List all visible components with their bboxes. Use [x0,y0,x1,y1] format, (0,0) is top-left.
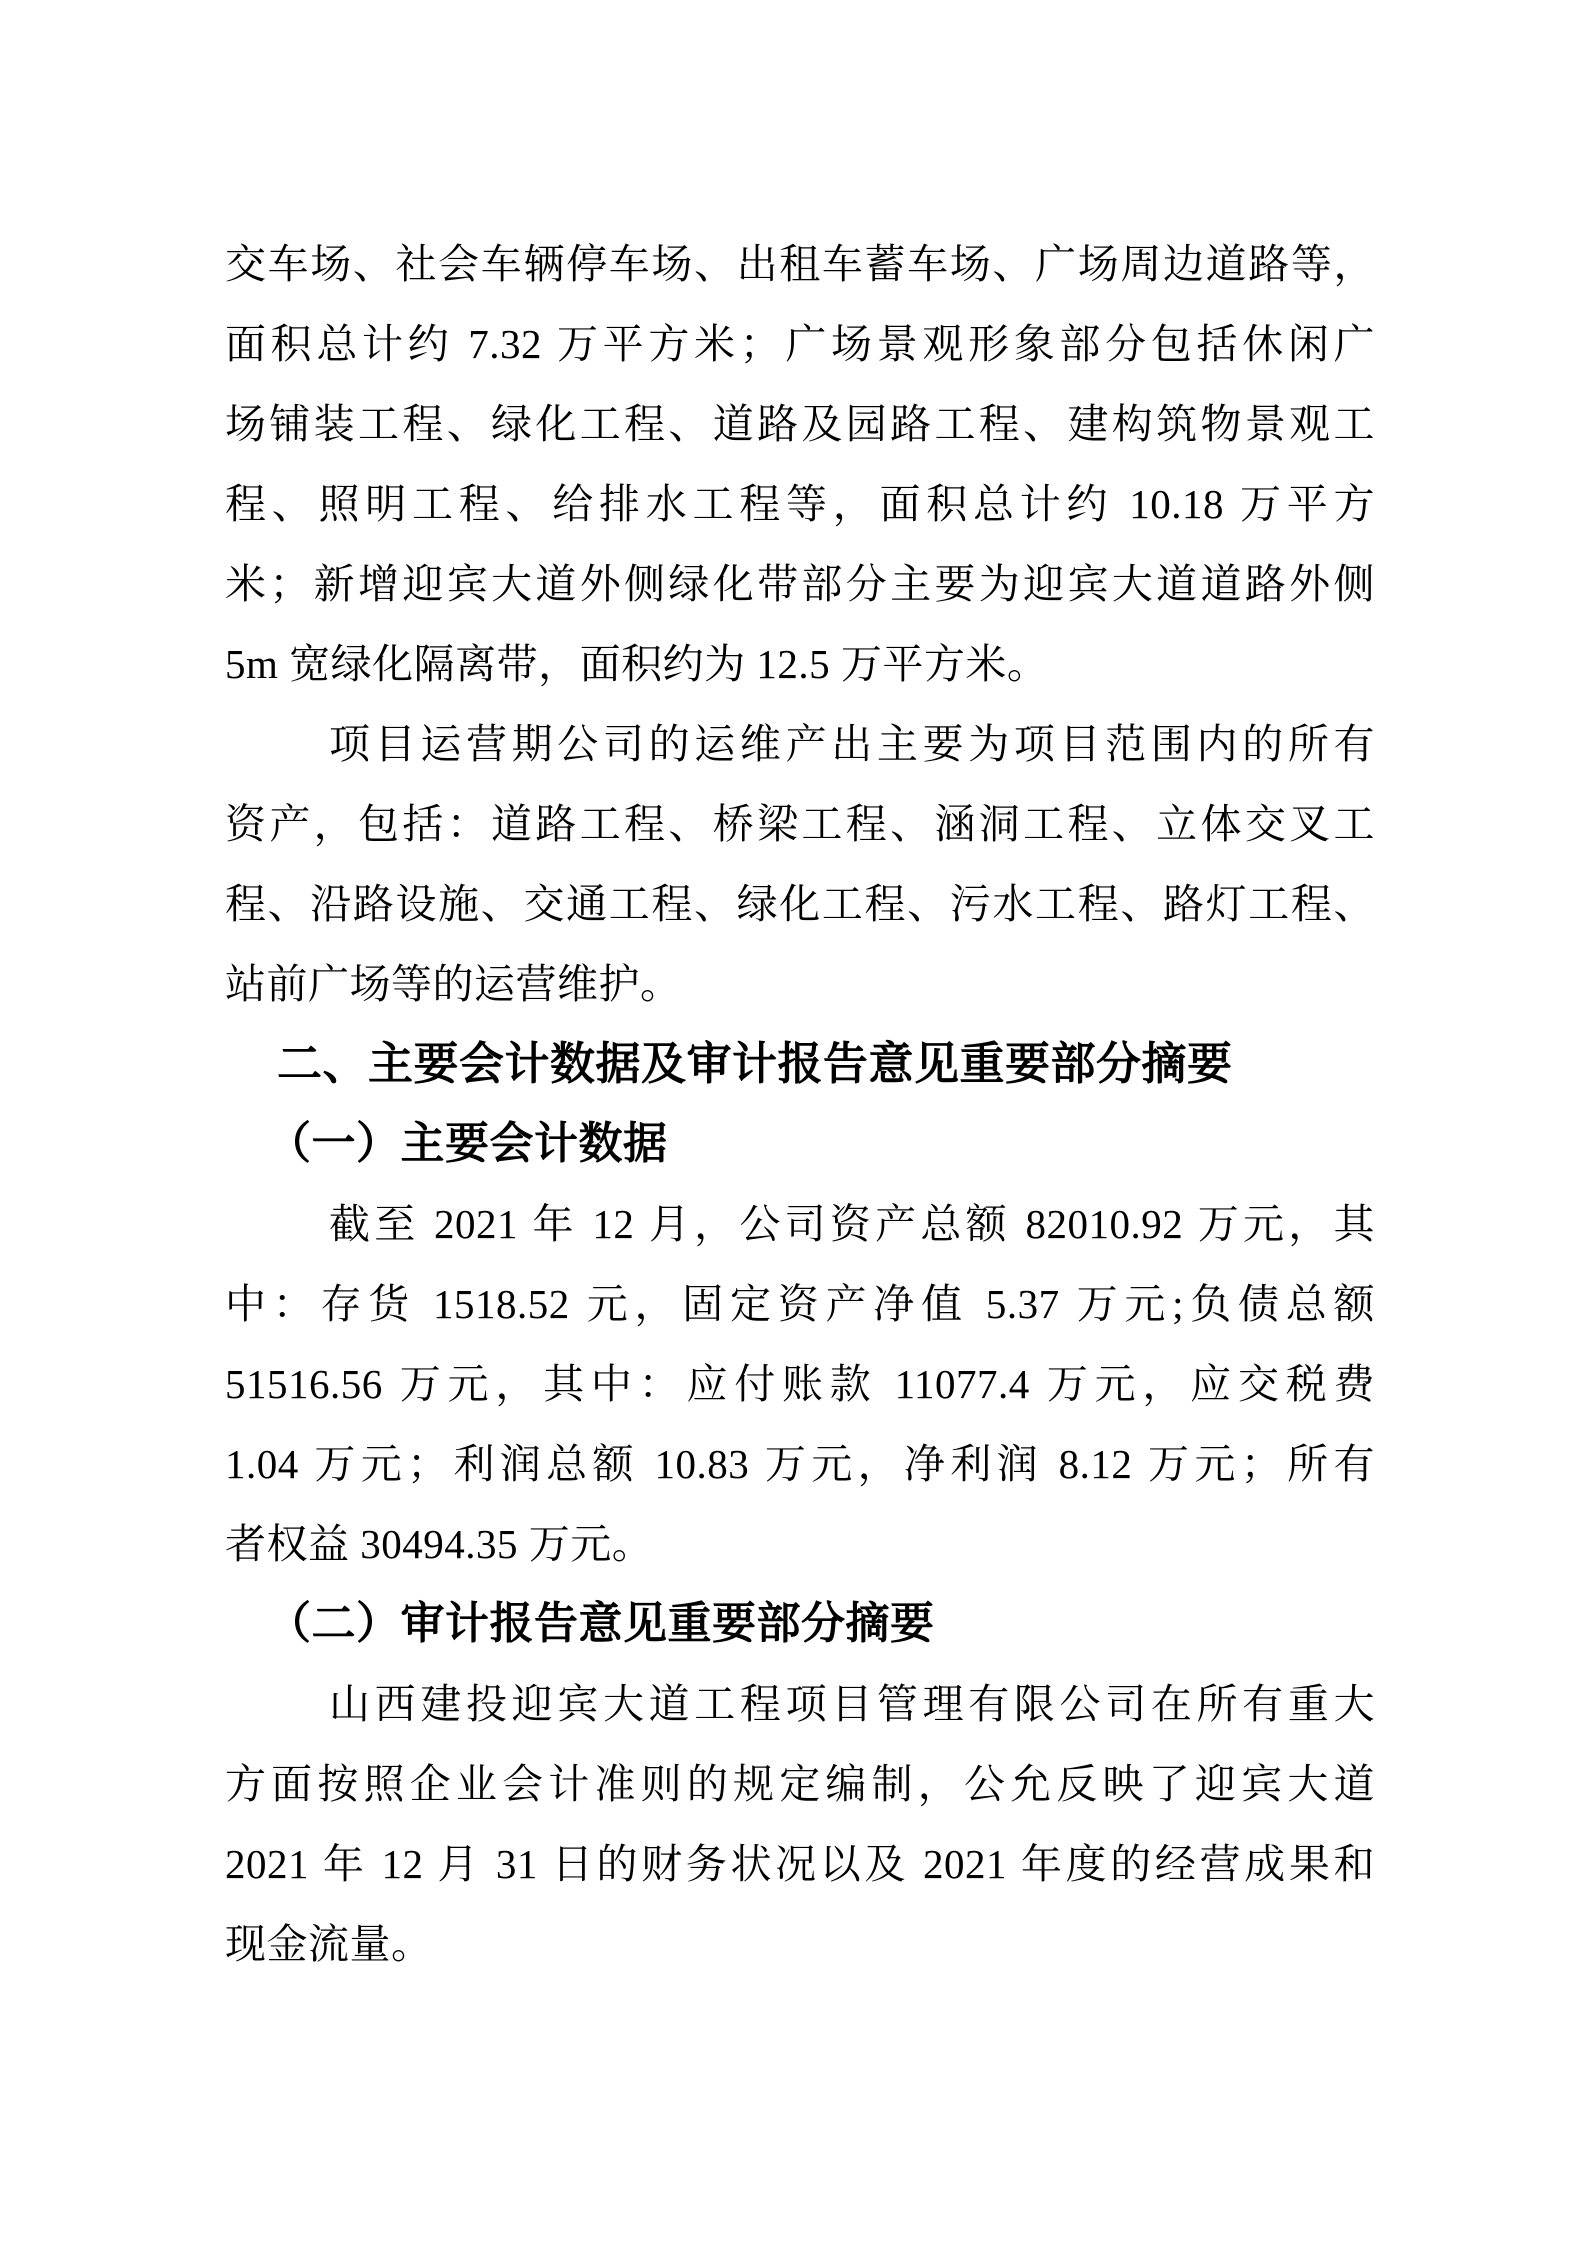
body-line: 项目运营期公司的运维产出主要为项目范围内的所有 [225,704,1375,784]
body-line: 资产，包括：道路工程、桥梁工程、涵洞工程、立体交叉工 [225,784,1375,864]
body-line: 2021 年 12 月 31 日的财务状况以及 2021 年度的经营成果和 [225,1824,1375,1904]
text-block: 交车场、社会车辆停车场、出租车蓄车场、广场周边道路等，面积总计约 7.32 万平… [225,224,1375,1984]
body-line: 交车场、社会车辆停车场、出租车蓄车场、广场周边道路等， [225,224,1375,304]
document-page: 交车场、社会车辆停车场、出租车蓄车场、广场周边道路等，面积总计约 7.32 万平… [0,0,1587,2245]
body-line: 者权益 30494.35 万元。 [225,1504,1375,1584]
body-line: 1.04 万元；利润总额 10.83 万元，净利润 8.12 万元；所有 [225,1424,1375,1504]
body-line: 站前广场等的运营维护。 [225,944,1375,1024]
subsection-heading: （二）审计报告意见重要部分摘要 [225,1584,1375,1664]
body-line: 程、沿路设施、交通工程、绿化工程、污水工程、路灯工程、 [225,864,1375,944]
body-line: 山西建投迎宾大道工程项目管理有限公司在所有重大 [225,1664,1375,1744]
body-line: 程、照明工程、给排水工程等，面积总计约 10.18 万平方 [225,464,1375,544]
body-line: 场铺装工程、绿化工程、道路及园路工程、建构筑物景观工 [225,384,1375,464]
body-line: 现金流量。 [225,1904,1375,1984]
section-heading: 二、主要会计数据及审计报告意见重要部分摘要 [225,1024,1375,1104]
body-line: 面积总计约 7.32 万平方米；广场景观形象部分包括休闲广 [225,304,1375,384]
body-line: 米；新增迎宾大道外侧绿化带部分主要为迎宾大道道路外侧 [225,544,1375,624]
subsection-heading: （一）主要会计数据 [225,1104,1375,1184]
body-line: 方面按照企业会计准则的规定编制，公允反映了迎宾大道 [225,1744,1375,1824]
body-line: 5m 宽绿化隔离带，面积约为 12.5 万平方米。 [225,624,1375,704]
body-line: 截至 2021 年 12 月，公司资产总额 82010.92 万元，其 [225,1184,1375,1264]
body-line: 中：存货 1518.52 元，固定资产净值 5.37 万元;负债总额 [225,1264,1375,1344]
body-line: 51516.56 万元，其中：应付账款 11077.4 万元，应交税费 [225,1344,1375,1424]
